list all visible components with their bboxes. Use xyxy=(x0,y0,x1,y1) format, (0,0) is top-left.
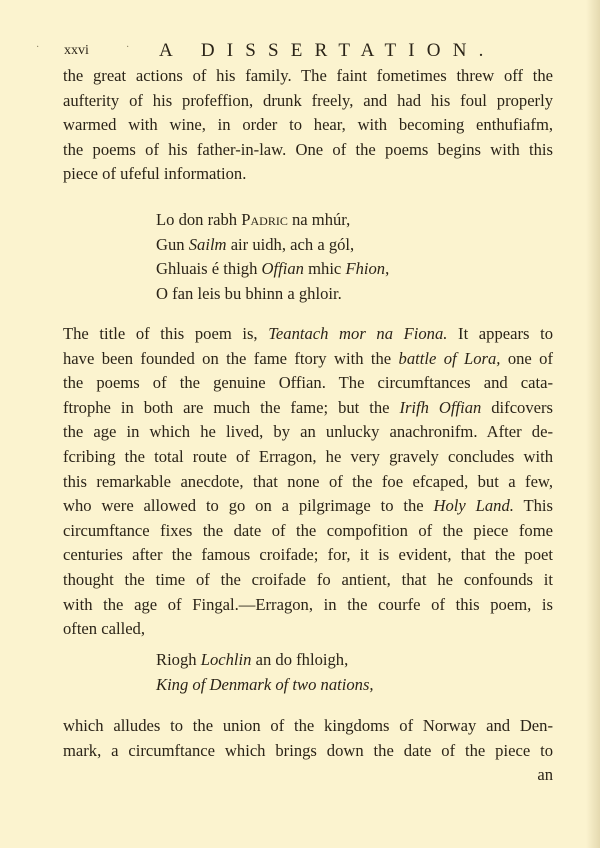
text-line: piece of ufeful information. xyxy=(63,162,553,187)
text-line: often called, xyxy=(63,617,553,642)
text-line: warmed with wine, in order to hear, with… xyxy=(63,113,553,138)
verse-line: Riogh Lochlin an do fhloigh, xyxy=(156,648,374,673)
text-line: the poems of his father-in-law. One of t… xyxy=(63,138,553,163)
ornament-dot: · xyxy=(36,42,39,53)
text-line: this remarkable anecdote, that none of t… xyxy=(63,470,553,495)
text-line: thought the time of the croifade fo anti… xyxy=(63,568,553,593)
paragraph-1: the great actions of his family. The fai… xyxy=(63,64,553,187)
text-line: aufterity of his profeffion, drunk freel… xyxy=(63,89,553,114)
text-line: ftrophe in both are much the fame; but t… xyxy=(63,396,553,421)
verse-line: Lo don rabh Padric na mhúr, xyxy=(156,208,389,233)
text-line: The title of this poem is, Teantach mor … xyxy=(63,322,553,347)
text-line: the age in which he lived, by an unlucky… xyxy=(63,420,553,445)
text-line: have been founded on the fame ftory with… xyxy=(63,347,553,372)
text-line: with the age of Fingal.—Erragon, in the … xyxy=(63,593,553,618)
ornament-tick: · xyxy=(126,42,129,53)
verse-quote-gaelic: Lo don rabh Padric na mhúr, Gun Sailm ai… xyxy=(156,208,389,306)
text-line: who were allowed to go on a pilgrimage t… xyxy=(63,494,553,519)
text-line: the poems of the genuine Offian. The cir… xyxy=(63,371,553,396)
catchword: an xyxy=(63,763,553,788)
text-line: circumftance fixes the date of the compo… xyxy=(63,519,553,544)
text-line: fcribing the total route of Erragon, he … xyxy=(63,445,553,470)
page-number: xxvi xyxy=(64,43,89,59)
page-edge-shadow xyxy=(586,0,600,848)
running-title: A DISSERTATION. xyxy=(159,40,496,62)
paragraph-2: The title of this poem is, Teantach mor … xyxy=(63,322,553,642)
verse-line: O fan leis bu bhinn a ghloir. xyxy=(156,282,389,307)
paragraph-3: which alludes to the union of the kingdo… xyxy=(63,714,553,788)
running-header: · xxvi · A DISSERTATION. xyxy=(36,40,496,64)
text-line: the great actions of his family. The fai… xyxy=(63,64,553,89)
text-line: centuries after the famous croifade; for… xyxy=(63,543,553,568)
text-line: which alludes to the union of the kingdo… xyxy=(63,714,553,739)
verse-line: Gun Sailm air uidh, ach a gól, xyxy=(156,233,389,258)
verse-line: King of Denmark of two nations, xyxy=(156,673,374,698)
verse-line: Ghluais é thigh Offian mhic Fhion, xyxy=(156,257,389,282)
text-line: mark, a circumftance which brings down t… xyxy=(63,739,553,764)
verse-quote-translation: Riogh Lochlin an do fhloigh, King of Den… xyxy=(156,648,374,697)
